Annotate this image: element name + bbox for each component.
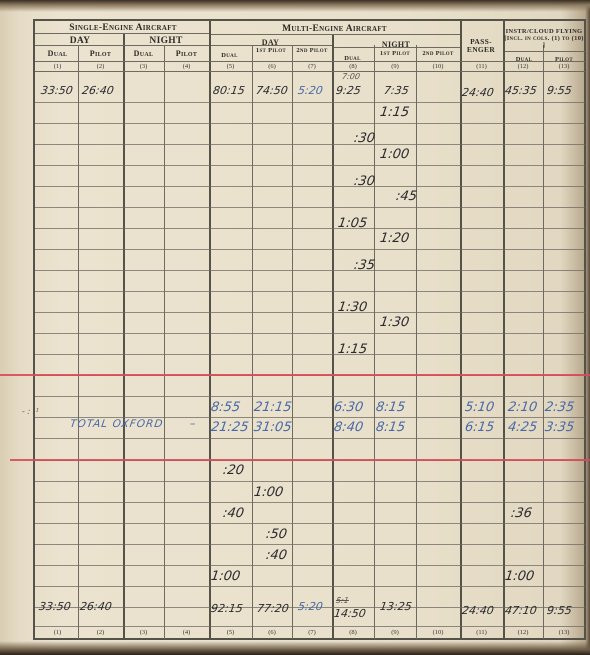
totals-col2: 26:40 — [79, 600, 113, 613]
totals-col8-struck: 5:1 — [335, 596, 349, 605]
row-line — [35, 438, 585, 439]
major-divider — [209, 19, 211, 639]
column-number: (11) — [460, 629, 503, 636]
total-col13: 2:35 — [544, 400, 575, 415]
header-col9-1st-pilot: 1st Pilot — [374, 50, 416, 57]
column-number: (2) — [78, 629, 123, 636]
totals-col5: 92:15 — [210, 602, 244, 615]
row-line — [35, 312, 585, 313]
bf-col8-above: 7:00 — [341, 72, 360, 81]
header-multi-engine: Multi-Engine Aircraft — [209, 24, 460, 34]
row-line — [35, 165, 585, 166]
entry-col8: :30 — [353, 174, 376, 189]
column-divider — [416, 45, 417, 639]
total-col11: 5:10 — [464, 400, 495, 415]
row-line — [35, 123, 585, 124]
column-number: (8) — [332, 63, 374, 70]
entry-col8: 1:30 — [337, 300, 368, 315]
totals-col6: 77:20 — [256, 602, 290, 615]
column-divider — [292, 45, 293, 639]
total-col9: 8:15 — [375, 420, 406, 435]
total-oxford-label: TOTAL OXFORD — [69, 418, 164, 430]
entry-col9: 1:15 — [379, 105, 410, 120]
header-passenger: PASS-ENGER — [462, 38, 500, 54]
total-col6: 21:15 — [253, 400, 293, 415]
header-col7-2nd-pilot: 2nd Pilot — [293, 47, 331, 54]
row-line — [35, 396, 585, 397]
entry-col9: :45 — [395, 189, 418, 204]
total-col5: 21:25 — [210, 420, 250, 435]
entry-col5: :40 — [222, 506, 245, 521]
header-me-night: NIGHT — [332, 40, 460, 49]
column-number: (13) — [543, 629, 585, 636]
header-instr-cloud: INSTR/CLOUD FLYING [Incl. in cols. (1) t… — [504, 28, 584, 49]
row-line — [35, 481, 585, 482]
column-number: (5) — [209, 629, 252, 636]
major-divider — [332, 34, 334, 639]
header-col13-pilot: Pilot — [544, 56, 584, 63]
column-number: (11) — [460, 63, 503, 70]
row-line — [35, 144, 585, 145]
header-col6-1st-pilot: 1st Pilot — [252, 47, 290, 54]
row-line — [35, 228, 585, 229]
frame-left — [33, 19, 35, 639]
column-number: (3) — [123, 63, 164, 70]
header-line — [35, 71, 585, 72]
header-col8-dual: Dual — [332, 55, 373, 62]
entry-col9: 1:00 — [379, 147, 410, 162]
header-line — [35, 33, 209, 34]
column-number: (12) — [503, 629, 543, 636]
total-col9: 8:15 — [375, 400, 406, 415]
major-divider — [460, 19, 462, 639]
entry-col5: 1:00 — [210, 569, 241, 584]
column-number: (1) — [37, 63, 78, 70]
header-col4-pilot: Pilot — [164, 49, 209, 58]
column-number: (3) — [123, 629, 164, 636]
header-col3-dual: Dual — [123, 49, 164, 58]
column-number: (6) — [252, 629, 292, 636]
header-col12-dual: Dual — [504, 56, 544, 63]
entry-col12: 1:00 — [504, 569, 535, 584]
header-col5-dual: Dual — [209, 52, 250, 59]
entry-col5: :20 — [222, 463, 245, 478]
column-divider — [543, 45, 544, 639]
total-col6: 31:05 — [253, 420, 293, 435]
entry-col8: :35 — [353, 258, 376, 273]
bf-col1: 33:50 — [40, 84, 74, 97]
red-rule-bottom — [10, 459, 590, 461]
column-number: (4) — [164, 63, 209, 70]
column-number: (9) — [374, 629, 416, 636]
bf-col8: 9:25 — [335, 84, 362, 97]
entry-col9: 1:30 — [379, 315, 410, 330]
header-se-night: NIGHT — [123, 36, 209, 46]
bf-col9: 7:35 — [383, 84, 410, 97]
row-line — [35, 502, 585, 503]
total-col5: 8:55 — [210, 400, 241, 415]
total-oxford-dash: – — [189, 417, 196, 430]
totals-col7: 5:20 — [297, 600, 324, 613]
column-number: (1) — [37, 629, 78, 636]
entry-col6: 1:00 — [253, 485, 284, 500]
bf-col11: 24:40 — [461, 86, 495, 99]
column-divider — [78, 45, 79, 639]
total-col8: 8:40 — [333, 420, 364, 435]
row-line — [35, 354, 585, 355]
entry-col12: :36 — [510, 506, 533, 521]
row-line — [35, 586, 585, 587]
column-number: (10) — [416, 63, 460, 70]
entry-col8: :30 — [353, 131, 376, 146]
column-number: (13) — [543, 63, 585, 70]
row-line — [35, 207, 585, 208]
page-bottom-edge — [0, 641, 590, 655]
column-number: (7) — [292, 63, 332, 70]
frame-right — [584, 19, 586, 639]
bf-col13: 9:55 — [546, 84, 573, 97]
row-line — [35, 102, 585, 103]
bf-col12: 45:35 — [504, 84, 538, 97]
column-number: (12) — [503, 63, 543, 70]
column-number: (5) — [209, 63, 252, 70]
totals-col9: 13:25 — [379, 600, 413, 613]
header-col1-dual: Dual — [37, 49, 78, 58]
row-line — [35, 626, 585, 627]
row-line — [35, 544, 585, 545]
bf-col2: 26:40 — [81, 84, 115, 97]
header-line — [35, 61, 585, 62]
row-line — [35, 270, 585, 271]
row-line — [35, 249, 585, 250]
bf-col6: 74:50 — [255, 84, 289, 97]
column-number: (8) — [332, 629, 374, 636]
header-col2-pilot: Pilot — [78, 49, 123, 58]
column-number: (9) — [374, 63, 416, 70]
column-divider — [252, 45, 253, 639]
row-line — [35, 565, 585, 566]
totals-col13: 9:55 — [546, 604, 573, 617]
row-line — [35, 186, 585, 187]
entry-col6: :40 — [265, 548, 288, 563]
margin-mark: - : :¹ — [21, 407, 39, 416]
page-top-edge — [0, 0, 590, 12]
column-number: (2) — [78, 63, 123, 70]
totals-col8: 14:50 — [333, 607, 367, 620]
column-number: (7) — [292, 629, 332, 636]
column-number: (4) — [164, 629, 209, 636]
entry-col6: :50 — [265, 527, 288, 542]
total-col12: 4:25 — [507, 420, 538, 435]
red-rule-top — [0, 374, 590, 376]
major-divider — [123, 34, 125, 639]
total-col8: 6:30 — [333, 400, 364, 415]
bf-col5: 80:15 — [212, 84, 246, 97]
entry-col8: 1:05 — [337, 216, 368, 231]
header-se-day: DAY — [37, 36, 123, 46]
total-col11: 6:15 — [464, 420, 495, 435]
column-number: (10) — [416, 629, 460, 636]
header-line — [505, 51, 585, 52]
major-divider — [503, 19, 505, 639]
totals-col11: 24:40 — [461, 604, 495, 617]
column-divider — [164, 45, 165, 639]
header-me-day: DAY — [209, 38, 332, 47]
totals-col12: 47:10 — [504, 604, 538, 617]
header-single-engine: Single-Engine Aircraft — [37, 23, 209, 33]
row-line — [35, 523, 585, 524]
row-line — [35, 333, 585, 334]
header-col10-2nd-pilot: 2nd Pilot — [417, 50, 459, 57]
row-line — [35, 291, 585, 292]
total-col12: 2:10 — [507, 400, 538, 415]
totals-col1: 33:50 — [38, 600, 72, 613]
entry-col9: 1:20 — [379, 231, 410, 246]
column-number: (6) — [252, 63, 292, 70]
entry-col8: 1:15 — [337, 342, 368, 357]
total-col13: 3:35 — [544, 420, 575, 435]
header-line — [211, 34, 460, 35]
bf-col7: 5:20 — [297, 84, 324, 97]
